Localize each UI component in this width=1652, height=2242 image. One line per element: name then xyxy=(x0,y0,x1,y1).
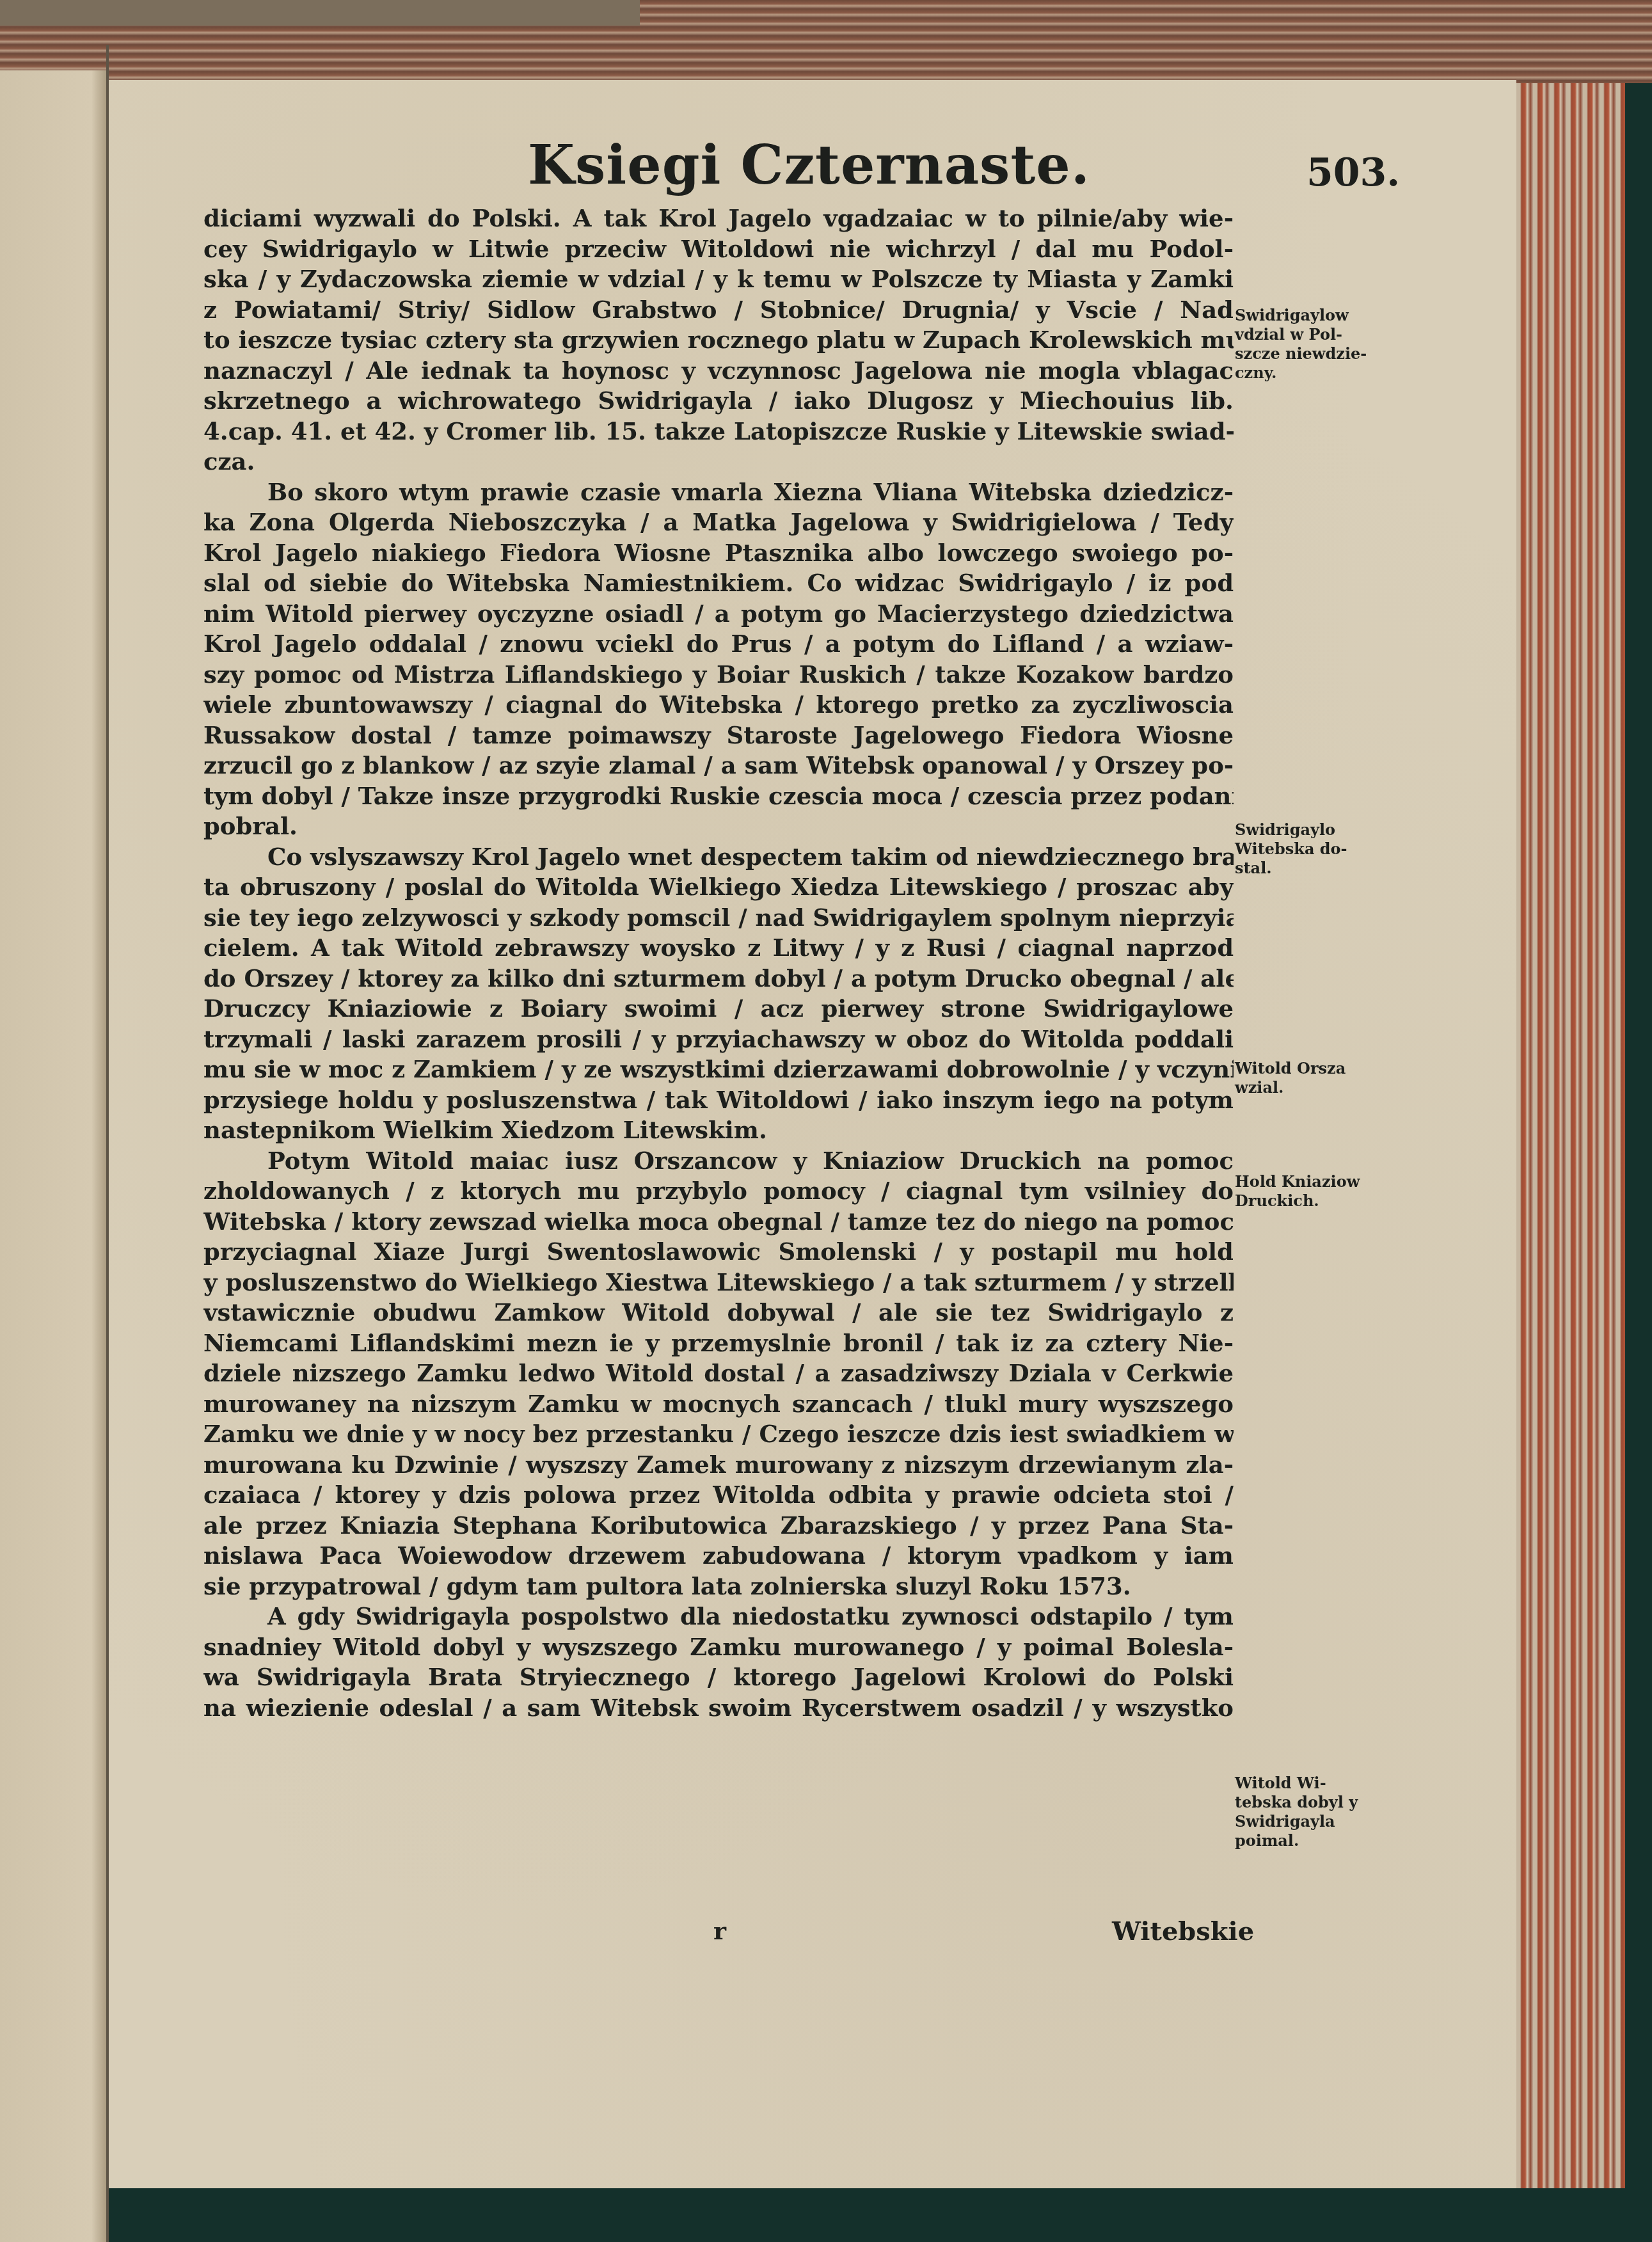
facing-page-top-edge xyxy=(0,0,640,26)
text-line: tym dobyl / Takze insze przygrodki Ruski… xyxy=(203,781,1234,812)
catchword: Witebskie xyxy=(1112,1916,1254,1946)
paragraph-start: Co vslyszawszy Krol Jagelo wnet despecte… xyxy=(203,842,1234,873)
text-line: ale przez Kniazia Stephana Koributowica … xyxy=(203,1511,1234,1541)
text-line: na wiezienie odeslal / a sam Witebsk swo… xyxy=(203,1693,1234,1724)
text-line: Niemcami Liflandskimi mezn ie y przemysl… xyxy=(203,1328,1234,1359)
text-line: Druczcy Kniaziowie z Boiary swoimi / acz… xyxy=(203,994,1234,1024)
body-text: diciami wyzwali do Polski. A tak Krol Ja… xyxy=(203,203,1234,1723)
text-line: wiele zbuntowawszy / ciagnal do Witebska… xyxy=(203,690,1234,720)
text-line: sie tey iego zelzywosci y szkody pomscil… xyxy=(203,903,1234,934)
text-line: sie przypatrowal / gdym tam pultora lata… xyxy=(203,1571,1234,1602)
text-line: ta obruszony / poslal do Witolda Wielkie… xyxy=(203,872,1234,903)
text-line: murowaney na nizszym Zamku w mocnych sza… xyxy=(203,1389,1234,1420)
paragraph-start: A gdy Swidrigayla pospolstwo dla niedost… xyxy=(203,1602,1234,1632)
page-number: 503. xyxy=(1307,150,1400,195)
text-line: przysiege holdu y posluszenstwa / tak Wi… xyxy=(203,1085,1234,1116)
paragraph-start: Potym Witold maiac iusz Orszancow y Knia… xyxy=(203,1146,1234,1177)
text-line: y posluszenstwo do Wielkiego Xiestwa Lit… xyxy=(203,1268,1234,1298)
marginal-note: Swidrigaylo Witebska do- stal. xyxy=(1235,820,1388,878)
text-line: do Orszey / ktorey za kilko dni szturmem… xyxy=(203,964,1234,994)
text-line: cza. xyxy=(203,447,1234,477)
text-line: Zamku we dnie y w nocy bez przestanku / … xyxy=(203,1419,1234,1450)
text-line: diciami wyzwali do Polski. A tak Krol Ja… xyxy=(203,203,1234,234)
text-line: murowana ku Dzwinie / wyszszy Zamek muro… xyxy=(203,1450,1234,1481)
text-line: ka Zona Olgerda Nieboszczyka / a Matka J… xyxy=(203,507,1234,538)
marginal-note: Witold Orsza wzial. xyxy=(1235,1059,1388,1097)
text-line: nislawa Paca Woiewodow drzewem zabudowan… xyxy=(203,1541,1234,1571)
text-line: trzymali / laski zarazem prosili / y prz… xyxy=(203,1024,1234,1055)
text-line: Krol Jagelo niakiego Fiedora Wiosne Ptas… xyxy=(203,538,1234,569)
text-line: Krol Jagelo oddalal / znowu vciekl do Pr… xyxy=(203,629,1234,660)
text-line: Russakow dostal / tamze poimawszy Staros… xyxy=(203,720,1234,751)
text-line: naznaczyl / Ale iednak ta hoynosc y vczy… xyxy=(203,356,1234,386)
text-line: zrzucil go z blankow / az szyie zlamal /… xyxy=(203,751,1234,781)
text-line: szy pomoc od Mistrza Liflandskiego y Boi… xyxy=(203,660,1234,690)
text-line: vstawicznie obudwu Zamkow Witold dobywal… xyxy=(203,1298,1234,1328)
signature-mark: r xyxy=(713,1916,726,1945)
fore-edge-stack xyxy=(1516,83,1625,2188)
text-line: przyciagnal Xiaze Jurgi Swentoslawowic S… xyxy=(203,1237,1234,1268)
running-head: Ksiegi Czternaste. xyxy=(528,133,1090,196)
text-line: snadniey Witold dobyl y wyszszego Zamku … xyxy=(203,1632,1234,1663)
text-line: wa Swidrigayla Brata Stryiecznego / ktor… xyxy=(203,1662,1234,1693)
text-line: 4.cap. 41. et 42. y Cromer lib. 15. takz… xyxy=(203,417,1234,447)
text-line: cielem. A tak Witold zebrawszy woysko z … xyxy=(203,933,1234,964)
facing-page-strip xyxy=(0,70,107,2242)
paragraph-start: Bo skoro wtym prawie czasie vmarla Xiezn… xyxy=(203,477,1234,508)
text-line: Witebska / ktory zewszad wielka moca obe… xyxy=(203,1207,1234,1237)
marginal-note: Witold Wi- tebska dobyl y Swidrigayla po… xyxy=(1235,1774,1388,1850)
text-line: to ieszcze tysiac cztery sta grzywien ro… xyxy=(203,325,1234,356)
text-line: ska / y Zydaczowska ziemie w vdzial / y … xyxy=(203,264,1234,295)
text-line: dziele nizszego Zamku ledwo Witold dosta… xyxy=(203,1358,1234,1389)
marginal-note: Swidrigaylow vdzial w Pol- szcze niewdzi… xyxy=(1235,306,1388,383)
text-line: nastepnikom Wielkim Xiedzom Litewskim. xyxy=(203,1115,1234,1146)
text-line: slal od siebie do Witebska Namiestnikiem… xyxy=(203,568,1234,599)
text-line: czaiaca / ktorey y dzis polowa przez Wit… xyxy=(203,1480,1234,1511)
text-line: zholdowanych / z ktorych mu przybylo pom… xyxy=(203,1176,1234,1207)
marginal-note: Hold Kniaziow Druckich. xyxy=(1235,1172,1388,1211)
text-line: z Powiatami/ Striy/ Sidlow Grabstwo / St… xyxy=(203,295,1234,326)
text-line: nim Witold pierwey oyczyzne osiadl / a p… xyxy=(203,599,1234,630)
text-line: skrzetnego a wichrowatego Swidrigayla / … xyxy=(203,386,1234,417)
text-line: pobral. xyxy=(203,811,1234,842)
text-line: cey Swidrigaylo w Litwie przeciw Witoldo… xyxy=(203,234,1234,265)
text-line: mu sie w moc z Zamkiem / y ze wszystkimi… xyxy=(203,1054,1234,1085)
